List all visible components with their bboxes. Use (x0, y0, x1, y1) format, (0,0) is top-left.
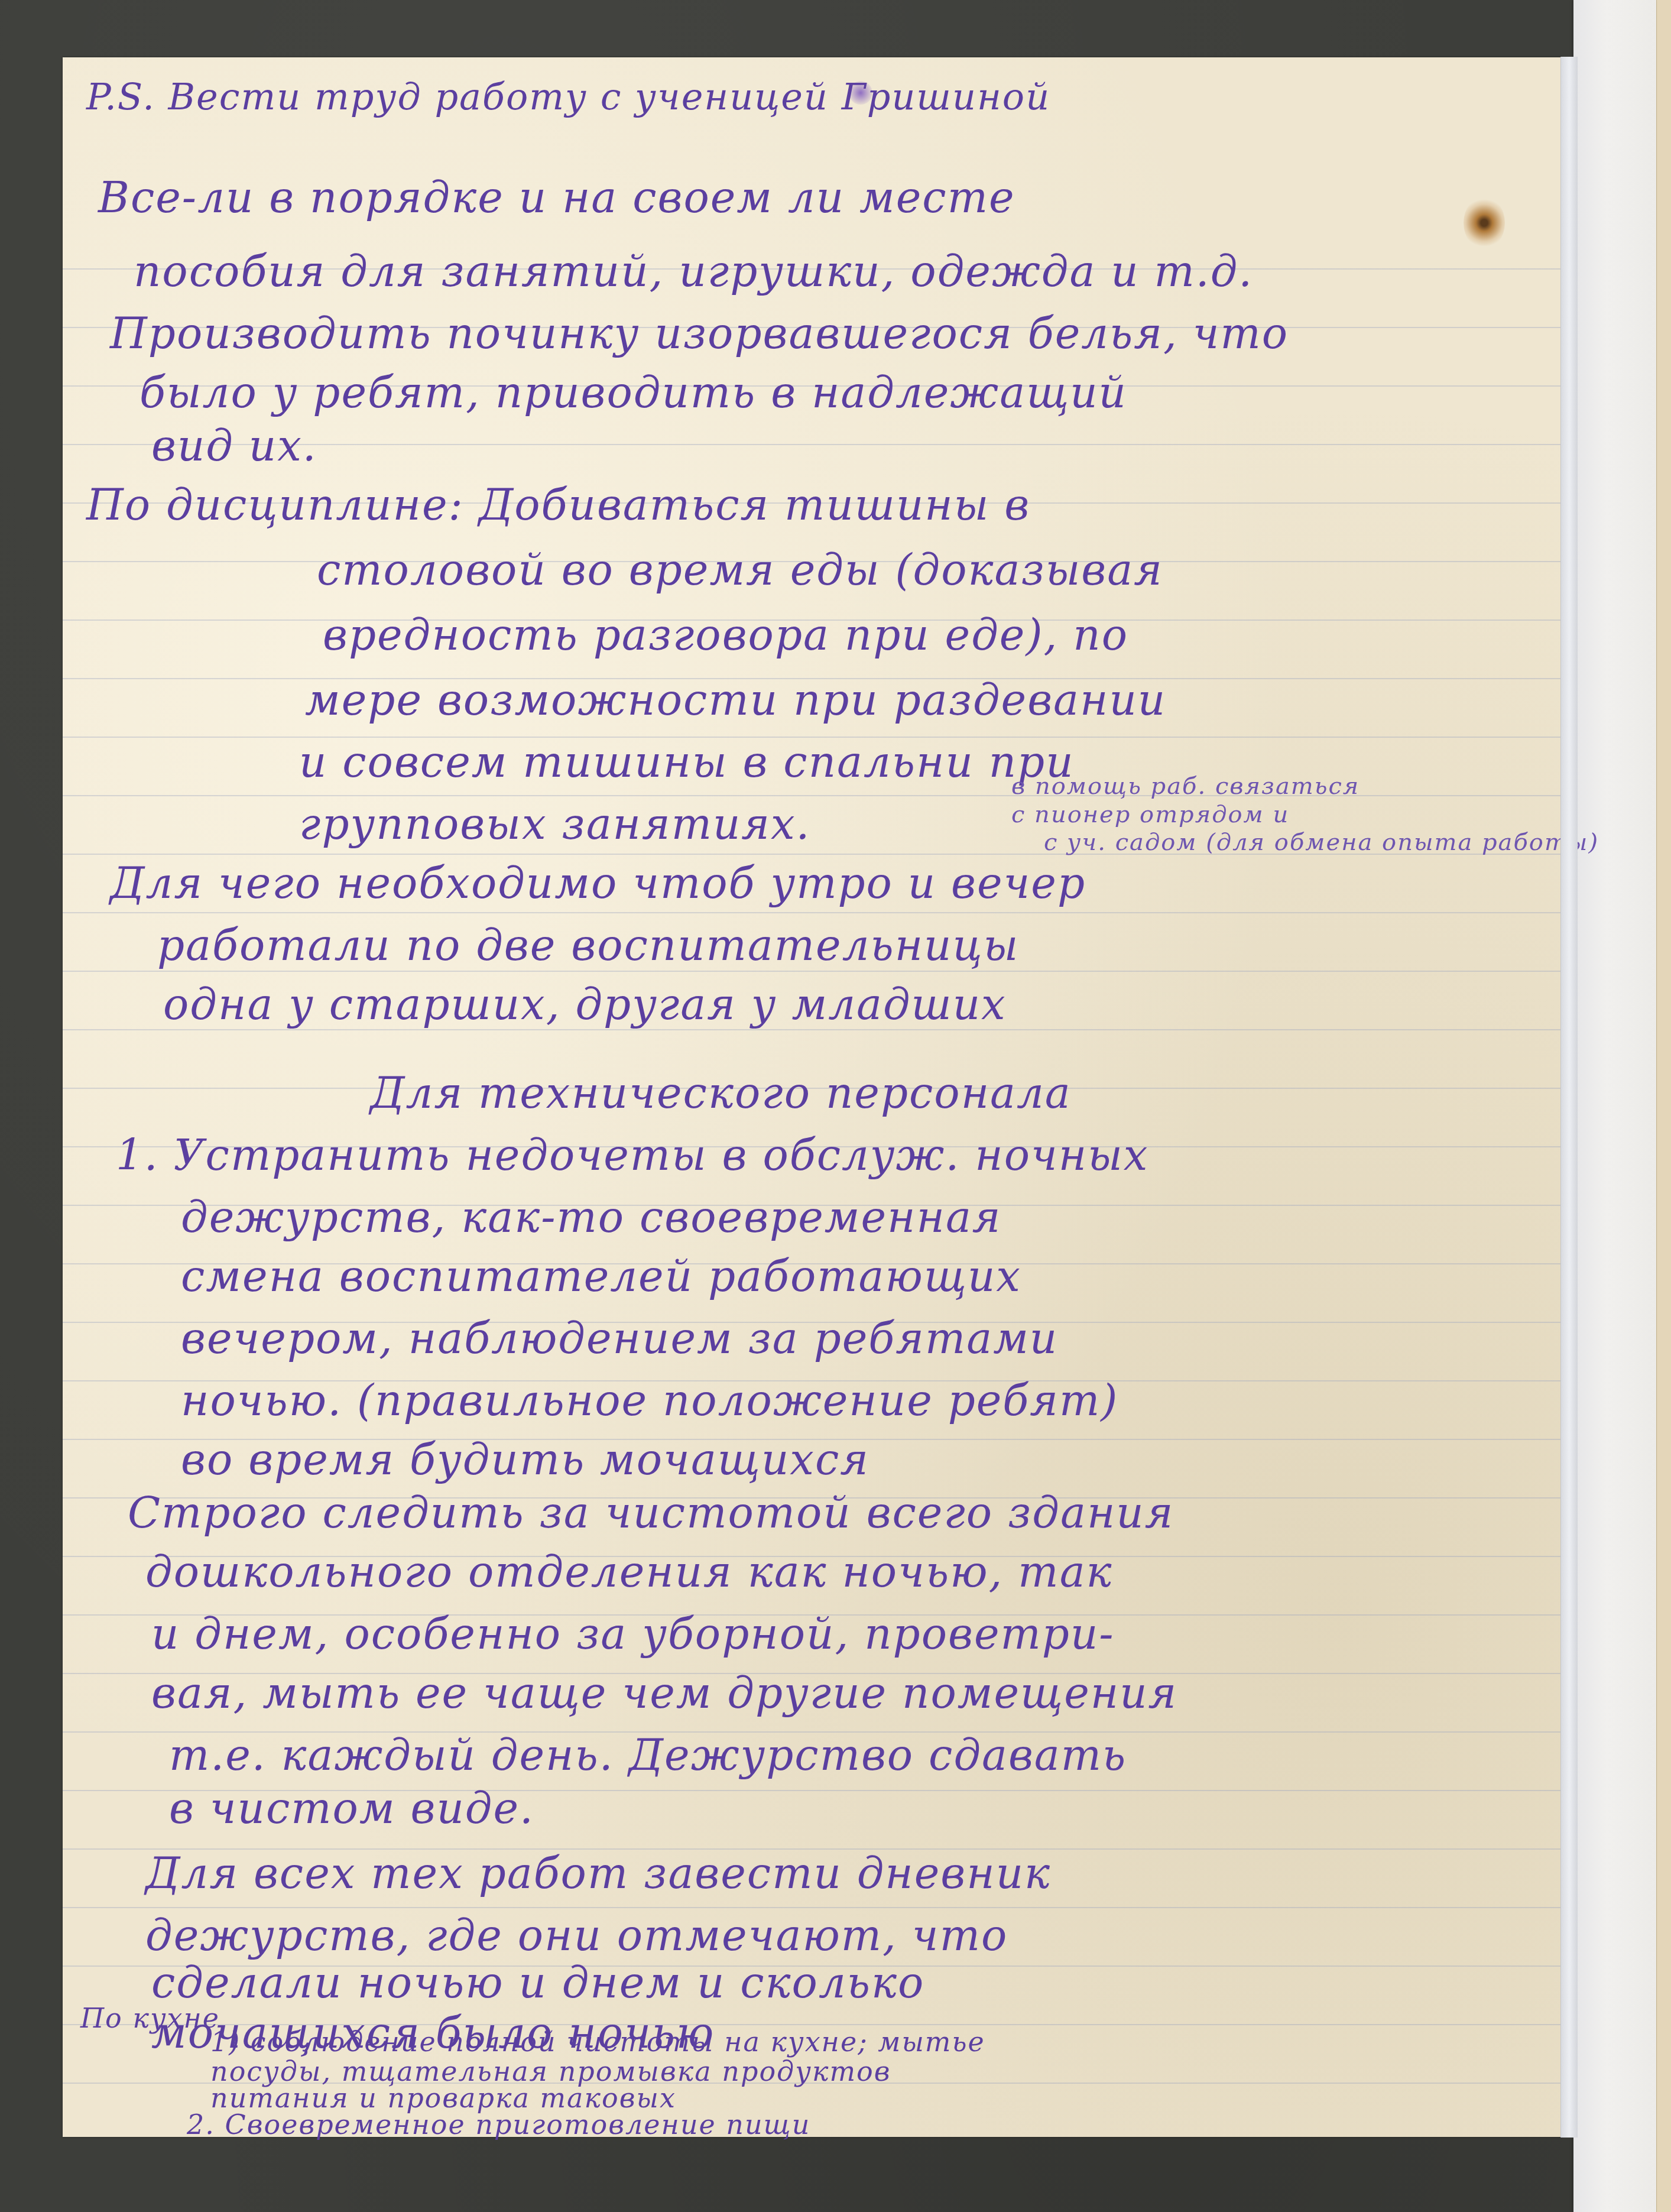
text-line: Для чего необходимо чтоб утро и вечер (110, 858, 1086, 908)
text-line: одна у старших, другая у младших (163, 979, 1007, 1029)
text-line: дошкольного отделения как ночью, так (145, 1547, 1113, 1597)
text-line: в чистом виде. (169, 1783, 534, 1833)
text-line: дежурств, где они отмечают, что (145, 1911, 1008, 1960)
kitchen-label: По кухне (80, 2002, 220, 2034)
text-line: и днем, особенно за уборной, проветри- (151, 1609, 1115, 1659)
text-line: Производить починку изорвавшегося белья,… (110, 309, 1289, 358)
kitchen-item: 2. Своевременное приготовление пищи (187, 2109, 810, 2140)
margin-note: в помощь раб. связаться (1011, 773, 1359, 800)
document-page: P.S. Вести труд работу с ученицей Гришин… (63, 57, 1562, 2137)
text-line: мере возможности при раздевании (305, 675, 1166, 725)
text-line: вая, мыть ее чаще чем другие помещения (151, 1668, 1177, 1718)
text-line: пособия для занятий, игрушки, одежда и т… (134, 247, 1253, 296)
text-line: и совсем тишины в спальни при (299, 737, 1075, 787)
rust-stain (1464, 196, 1505, 249)
text-line: т.е. каждый день. Дежурство сдавать (169, 1730, 1127, 1780)
tissue-fold (1560, 57, 1578, 2138)
text-line: смена воспитателей работающих (181, 1251, 1021, 1301)
text-line: групповых занятиях. (299, 799, 810, 849)
text-line: во время будить мочащихся (181, 1435, 869, 1484)
margin-note: с уч. садом (для обмена опыта работы) (1044, 829, 1599, 856)
kitchen-item: 1) соблюдение полной чистоты на кухне; м… (210, 2026, 985, 2058)
text-line: ночью. (правильное положение ребят) (181, 1376, 1118, 1425)
text-line: Все-ли в порядке и на своем ли месте (98, 173, 1015, 222)
text-line: дежурств, как-то своевременная (181, 1192, 1002, 1242)
text-line: сделали ночью и днем и сколько (151, 1958, 924, 2007)
text-line: вид их. (151, 421, 317, 471)
postscript-line: P.S. Вести труд работу с ученицей Гришин… (86, 75, 1050, 118)
text-line: столовой во время еды (доказывая (317, 545, 1163, 595)
text-line: вредность разговора при еде), по (323, 610, 1128, 660)
margin-note: с пионер отрядом и (1011, 801, 1289, 828)
text-line: вечером, наблюдением за ребятами (181, 1313, 1058, 1363)
next-page-edge (1656, 0, 1671, 2212)
text-line: Строго следить за чистотой всего здания (128, 1488, 1174, 1538)
text-line: По дисциплине: Добиваться тишины в (86, 480, 1030, 530)
text-line: Для всех тех работ завести дневник (145, 1848, 1051, 1898)
text-line: 1. Устранить недочеты в обслуж. ночных (116, 1130, 1148, 1180)
text-line: работали по две воспитательницы (157, 920, 1019, 970)
text-line: было у ребят, приводить в надлежащий (139, 368, 1127, 417)
section-heading: Для технического персонала (370, 1068, 1072, 1118)
tissue-strip (1573, 0, 1656, 2212)
